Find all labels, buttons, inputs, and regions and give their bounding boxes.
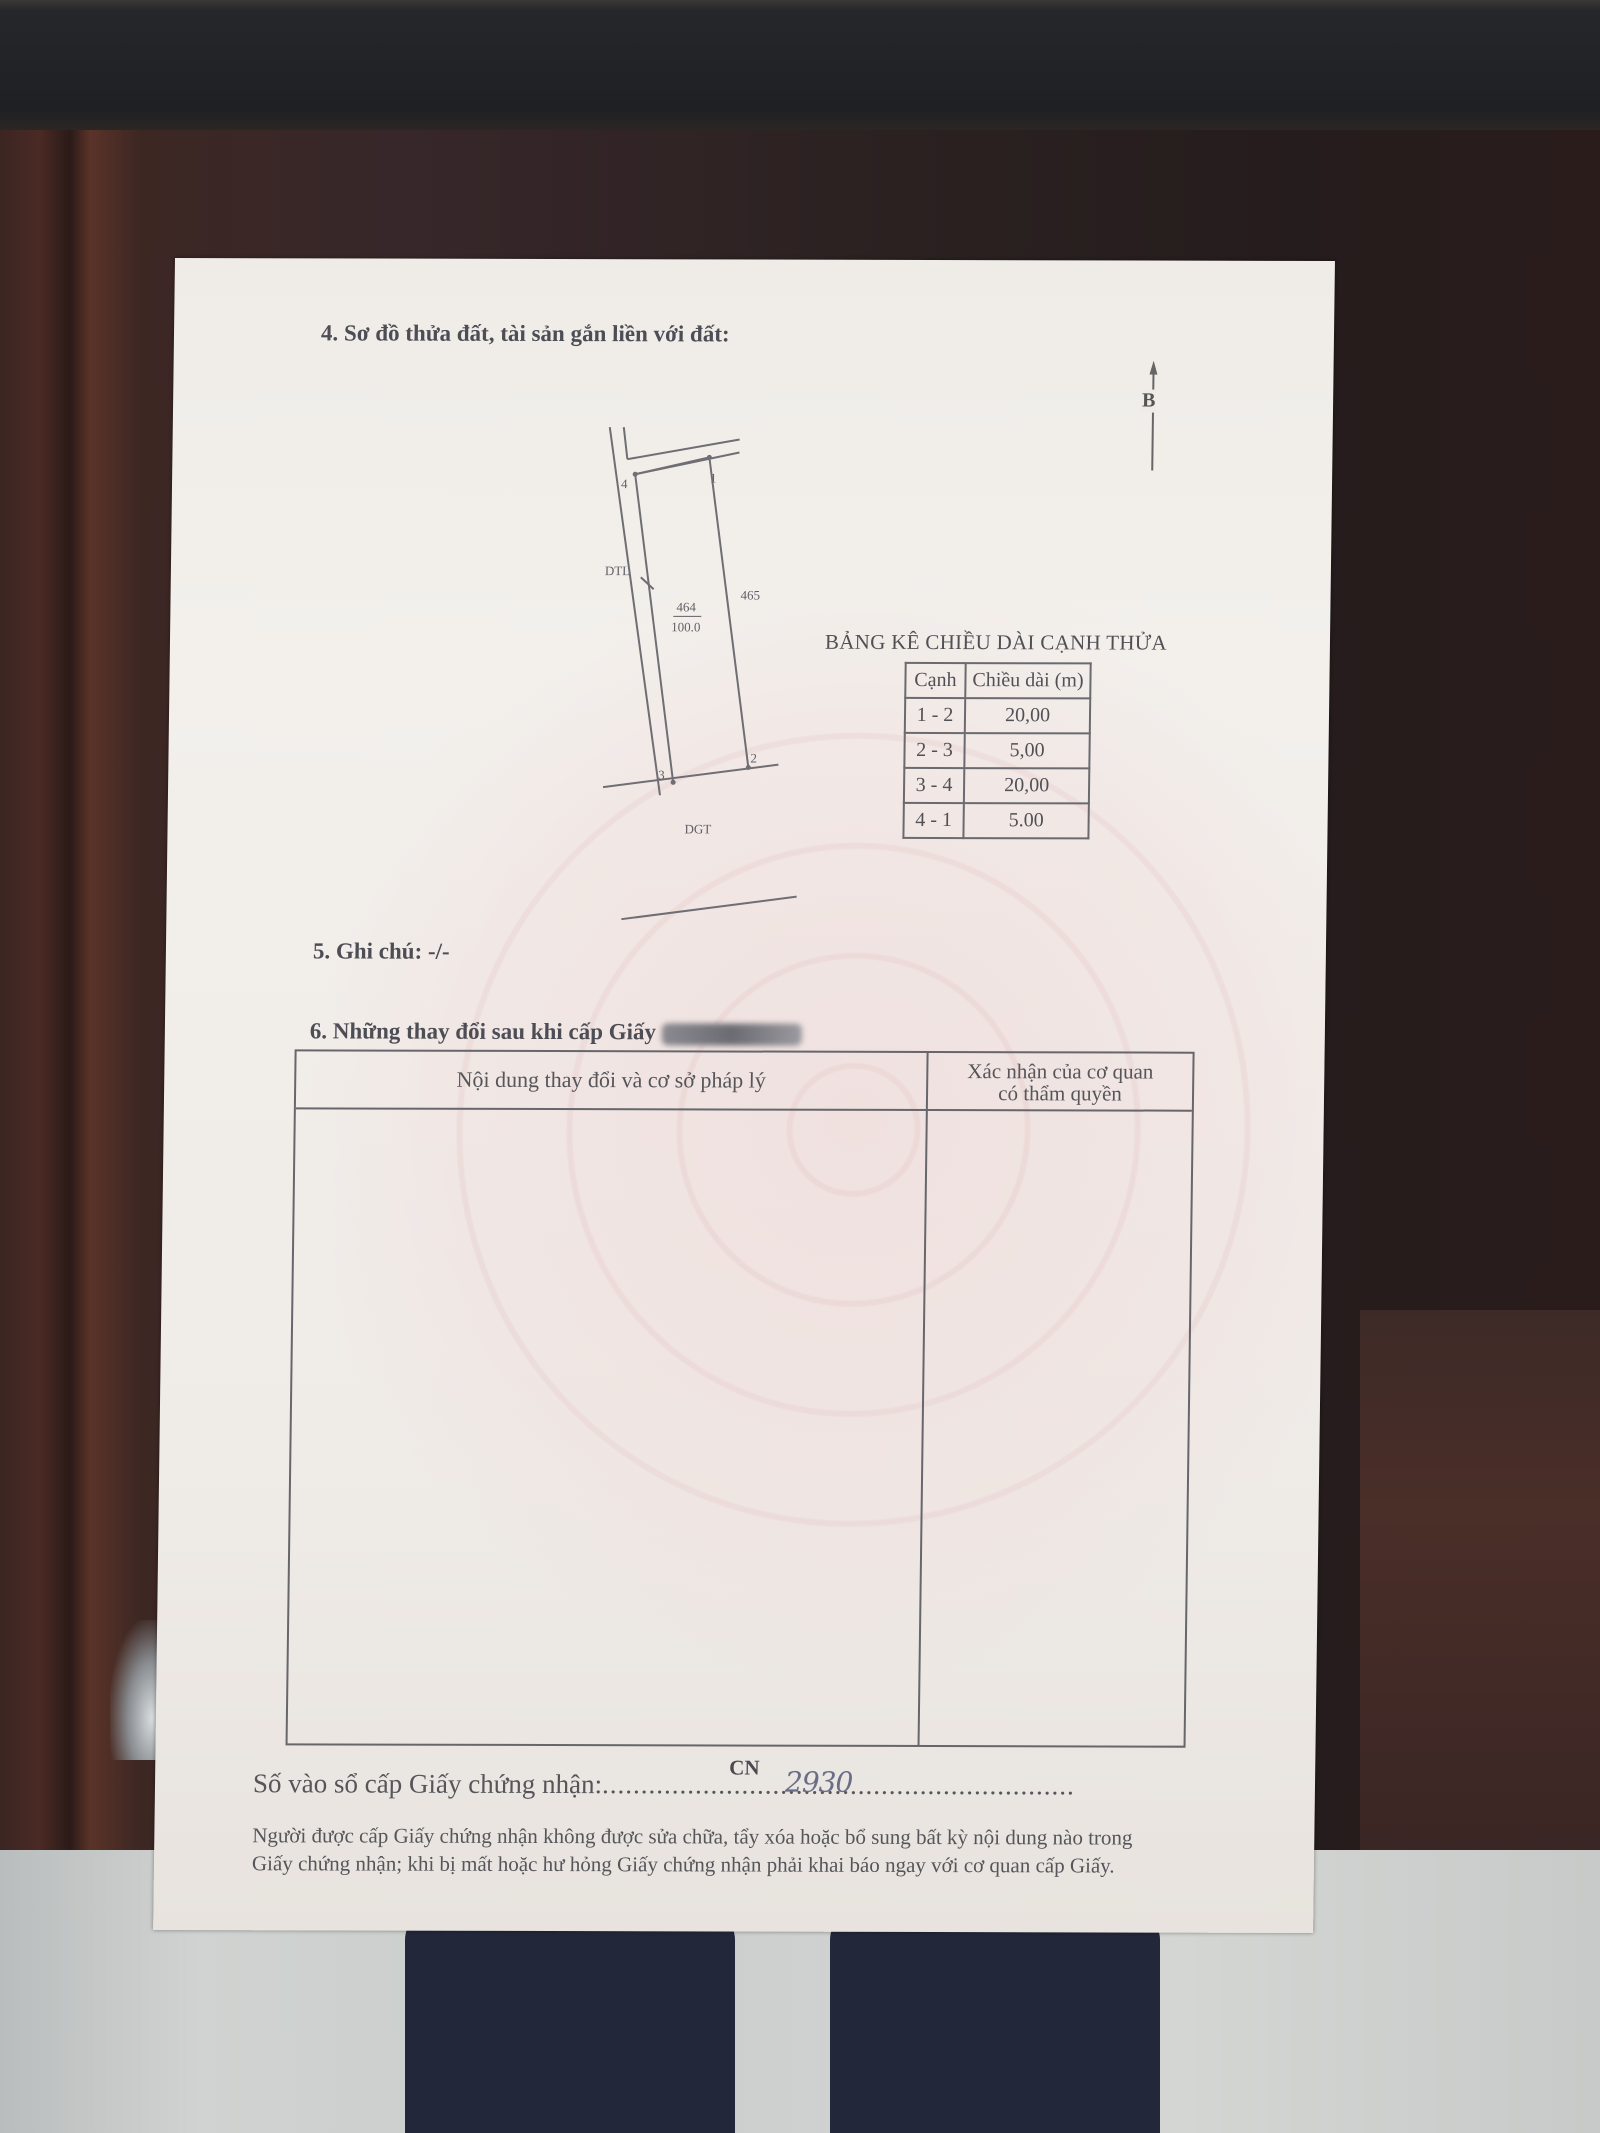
edge-cell: 4 - 1 xyxy=(903,803,963,838)
edge-length-table: Cạnh Chiều dài (m) 1 - 2 20,00 2 - 3 5,0… xyxy=(902,662,1091,839)
changes-content-cell xyxy=(288,1109,926,1745)
dtl-label: DTL xyxy=(605,563,631,578)
north-label: B xyxy=(1141,390,1157,413)
section-6-heading-text: 6. Những thay đổi sau khi cấp Giấy xyxy=(310,1018,656,1044)
vertex-1-label: 1 xyxy=(710,470,717,485)
register-number-line: Số vào sổ cấp Giấy chứng nhận:..........… xyxy=(253,1768,1075,1801)
edge-table-header-row: Cạnh Chiều dài (m) xyxy=(905,663,1091,698)
edge-cell: 3 - 4 xyxy=(904,768,964,803)
background-wall xyxy=(0,0,1600,130)
register-prefix: CN xyxy=(729,1755,760,1780)
background-leg-right xyxy=(830,1910,1160,2133)
parcel-area: 100.0 xyxy=(671,619,700,634)
land-certificate-page: 4. Sơ đồ thửa đất, tài sản gắn liền với … xyxy=(153,258,1335,1933)
register-label: Số vào sổ cấp Giấy chứng nhận: xyxy=(253,1768,602,1799)
table-row: 2 - 3 5,00 xyxy=(904,733,1090,768)
north-arrow-icon xyxy=(1140,361,1165,471)
length-column-header: Chiều dài (m) xyxy=(965,663,1091,698)
table-row: 4 - 1 5.00 xyxy=(903,803,1089,838)
notice-line-2: Giấy chứng nhận; khi bị mất hoặc hư hỏng… xyxy=(252,1849,1262,1880)
changes-table: Nội dung thay đổi và cơ sở pháp lý Xác n… xyxy=(286,1049,1195,1747)
vertex-2-label: 2 xyxy=(750,751,757,766)
authority-header-line1: Xác nhận của cơ quan xyxy=(967,1060,1153,1082)
authority-confirmation-cell xyxy=(920,1111,1192,1746)
changes-content-header: Nội dung thay đổi và cơ sở pháp lý xyxy=(296,1051,927,1109)
legal-notice: Người được cấp Giấy chứng nhận không đượ… xyxy=(252,1821,1263,1880)
vertex-3-label: 3 xyxy=(658,767,665,782)
length-cell: 20,00 xyxy=(964,768,1090,803)
neighbor-parcel-465: 465 xyxy=(740,587,760,602)
redacted-text xyxy=(662,1023,802,1045)
background-desk-panel xyxy=(1360,1310,1600,1850)
edge-cell: 2 - 3 xyxy=(904,733,964,768)
section-6-heading: 6. Những thay đổi sau khi cấp Giấy xyxy=(310,1018,802,1045)
table-row: 1 - 2 20,00 xyxy=(905,698,1091,733)
length-cell: 5,00 xyxy=(964,733,1090,768)
table-row: 3 - 4 20,00 xyxy=(904,768,1090,803)
edge-cell: 1 - 2 xyxy=(905,698,965,733)
length-cell: 20,00 xyxy=(965,698,1091,733)
authority-header-line2: có thẩm quyền xyxy=(998,1082,1122,1104)
parcel-number: 464 xyxy=(676,599,696,614)
vertex-4-label: 4 xyxy=(621,476,628,491)
section-5-notes: 5. Ghi chú: -/- xyxy=(313,938,450,964)
background-leg-left xyxy=(405,1910,735,2133)
dgt-label: DGT xyxy=(684,821,711,836)
authority-confirmation-header: Xác nhận của cơ quan có thẩm quyền xyxy=(928,1055,1193,1110)
length-cell: 5.00 xyxy=(963,803,1089,838)
notice-line-1: Người được cấp Giấy chứng nhận không đượ… xyxy=(252,1821,1262,1852)
edge-table-title: BẢNG KÊ CHIỀU DÀI CẠNH THỬA xyxy=(825,630,1167,656)
register-number-handwritten: 2930 xyxy=(785,1766,853,1799)
edge-column-header: Cạnh xyxy=(905,663,965,698)
